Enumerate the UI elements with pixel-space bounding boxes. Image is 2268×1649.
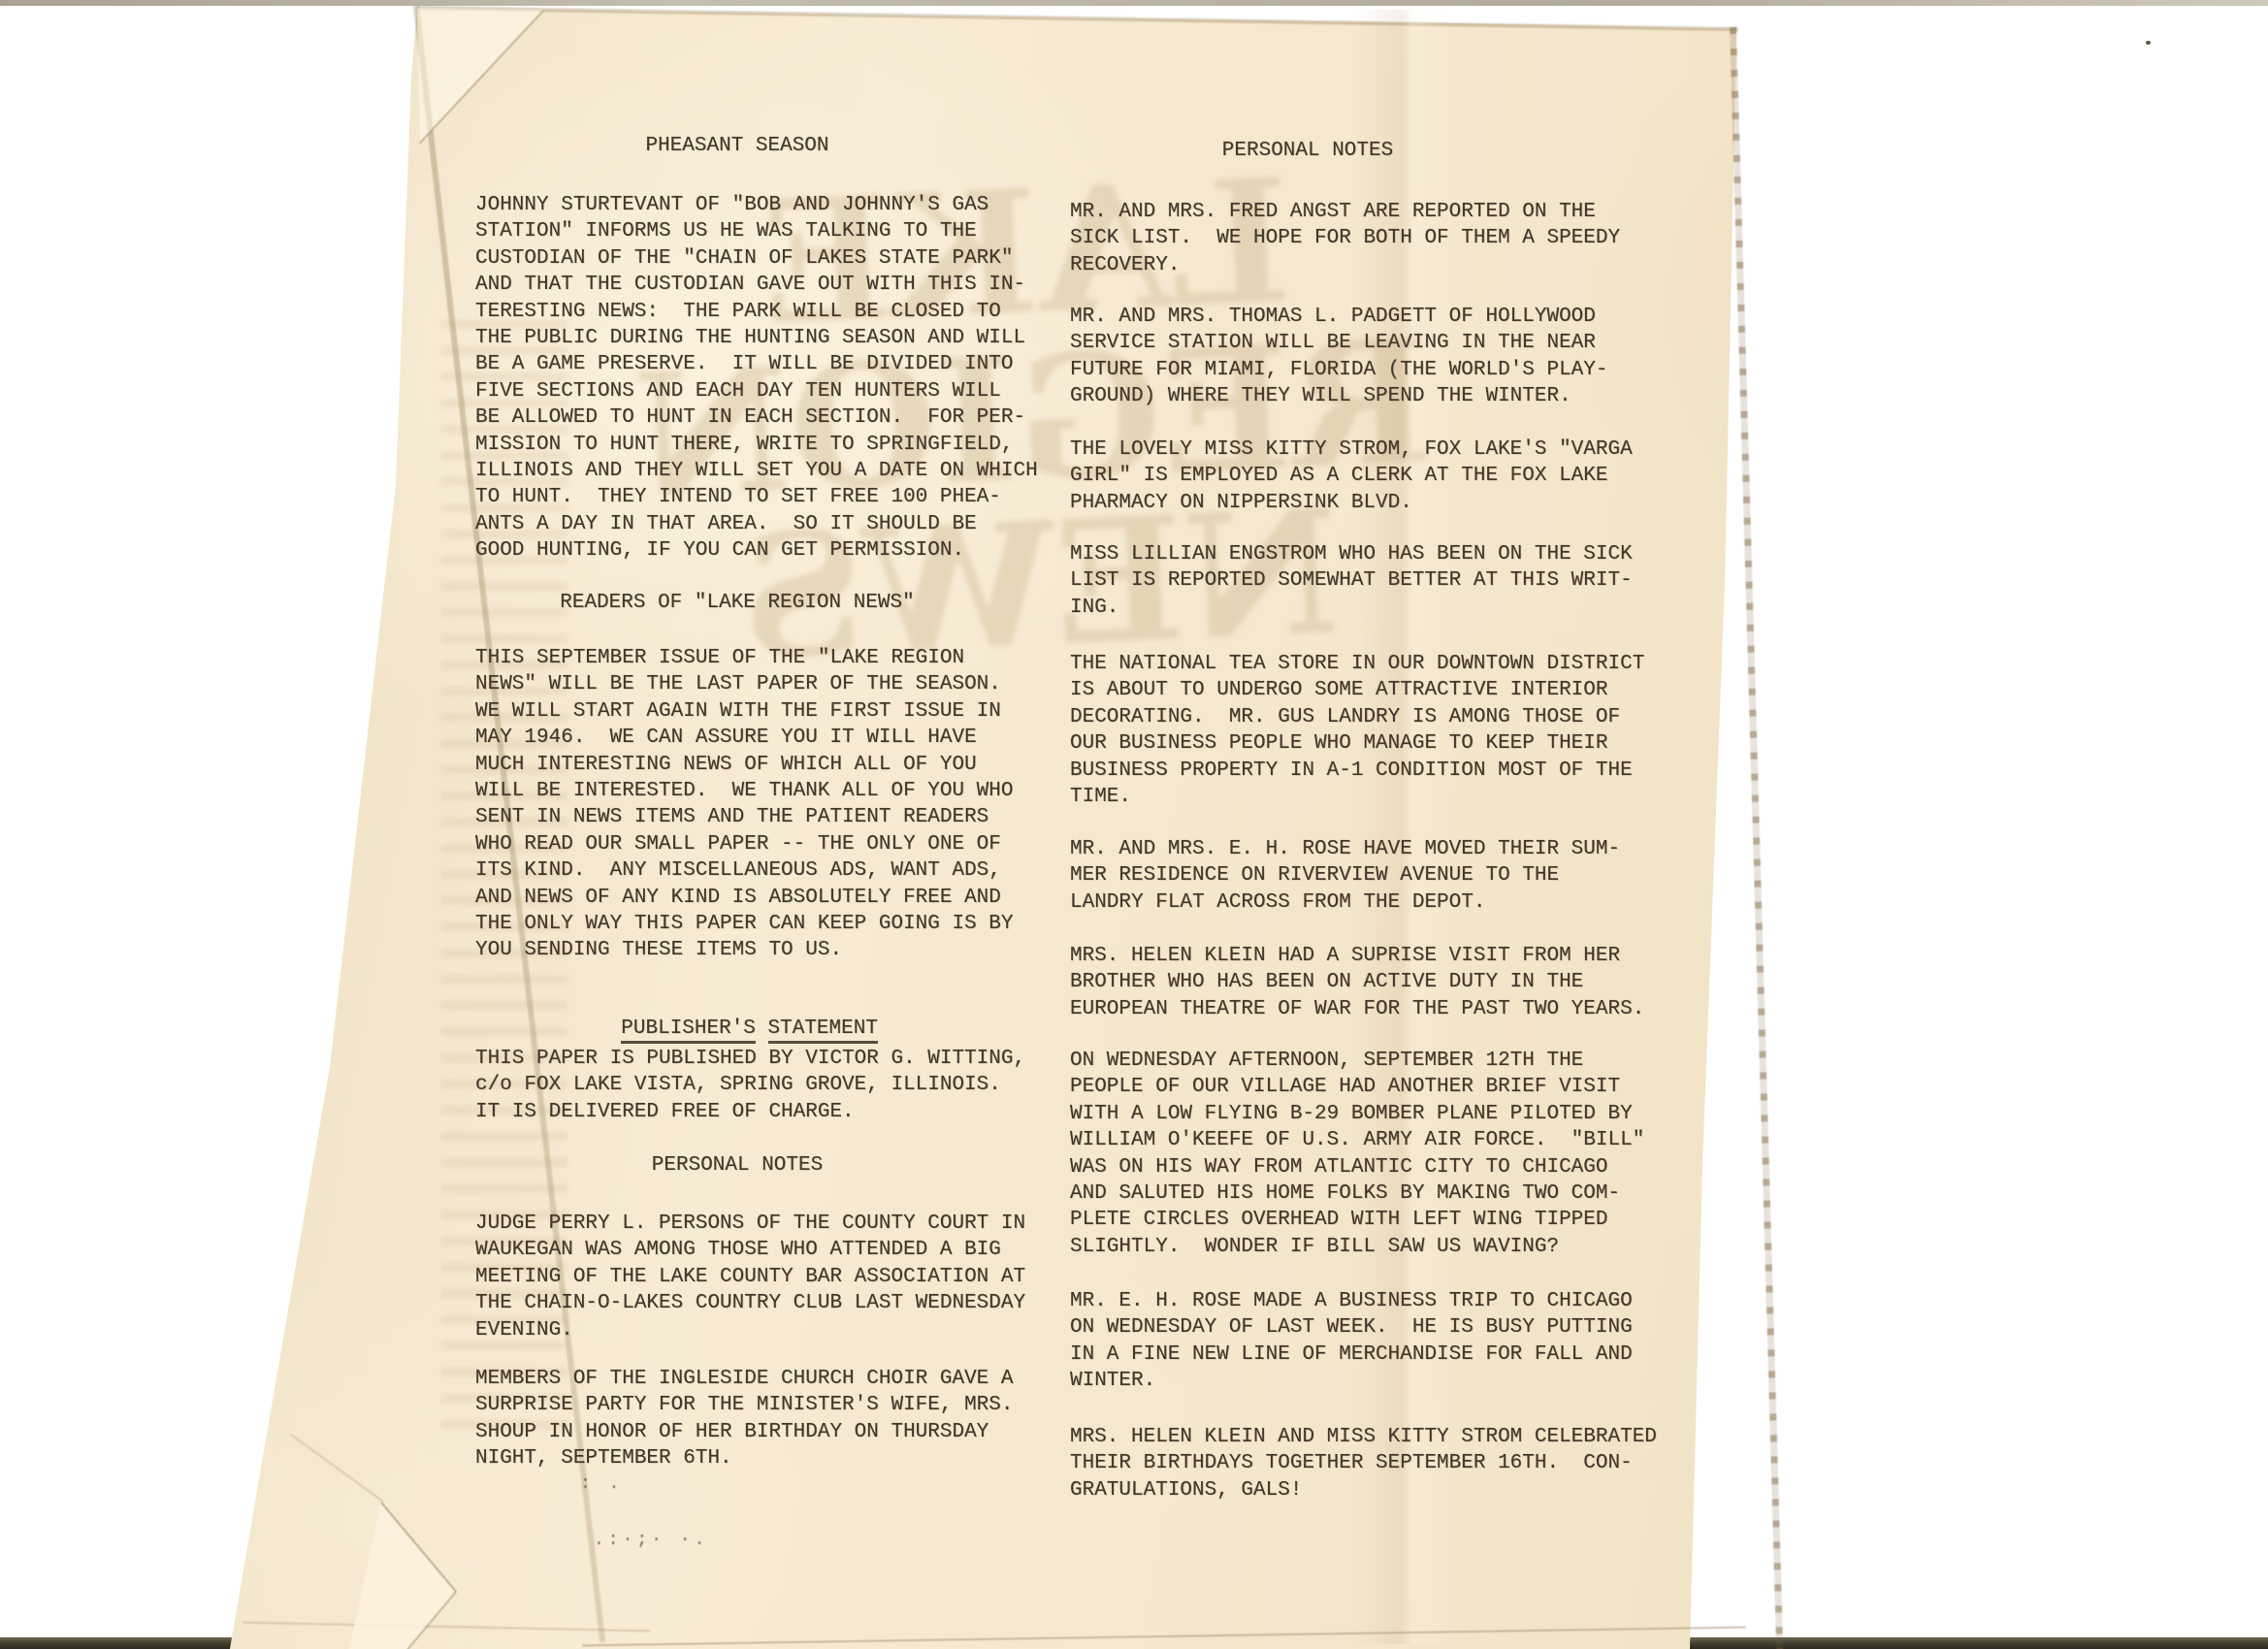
section-heading-personal-notes-left: PERSONAL NOTES	[427, 1152, 1048, 1179]
pencil-smudge: : .	[580, 1474, 623, 1494]
article-paragraph-judge-persons: JUDGE PERRY L. PERSONS OF THE COUNTY COU…	[475, 1211, 1096, 1343]
underlined-word: STATEMENT	[768, 1018, 878, 1044]
scanned-newsletter-page: { "scan": { "background_color": "#ffffff…	[0, 0, 2268, 1649]
article-paragraph-pheasant-season: JOHNNY STURTEVANT OF "BOB AND JOHNNY'S G…	[475, 192, 1096, 565]
article-paragraph-church-choir: MEMBERS OF THE INGLESIDE CHURCH CHOIR GA…	[475, 1366, 1096, 1472]
article-paragraph-helen-klein-brother: MRS. HELEN KLEIN HAD A SUPRISE VISIT FRO…	[1070, 943, 1710, 1022]
article-paragraph-rose-business-trip: MR. E. H. ROSE MADE A BUSINESS TRIP TO C…	[1070, 1288, 1710, 1395]
section-heading-pheasant-season: PHEASANT SEASON	[427, 133, 1048, 159]
article-paragraph-rose-residence: MR. AND MRS. E. H. ROSE HAVE MOVED THEIR…	[1070, 836, 1710, 916]
article-paragraph-readers: THIS SEPTEMBER ISSUE OF THE "LAKE REGION…	[475, 645, 1096, 964]
article-paragraph-publishers-statement: THIS PAPER IS PUBLISHED BY VICTOR G. WIT…	[475, 1046, 1096, 1125]
article-paragraph-fred-angst: MR. AND MRS. FRED ANGST ARE REPORTED ON …	[1070, 199, 1710, 278]
scan-speck	[2146, 41, 2151, 45]
article-paragraph-kitty-strom: THE LOVELY MISS KITTY STROM, FOX LAKE'S …	[1070, 436, 1710, 516]
article-paragraph-b29-flyover: ON WEDNESDAY AFTERNOON, SEPTEMBER 12TH T…	[1070, 1048, 1710, 1260]
pencil-smudge: .:·;· ·.	[594, 1531, 708, 1550]
article-paragraph-birthdays: MRS. HELEN KLEIN AND MISS KITTY STROM CE…	[1070, 1424, 1710, 1503]
section-heading-publishers-statement: PUBLISHER'S STATEMENT	[427, 989, 1048, 1043]
scanner-top-strip	[0, 0, 2268, 6]
section-heading-personal-notes-right: PERSONAL NOTES	[988, 138, 1628, 164]
section-heading-readers: READERS OF "LAKE REGION NEWS"	[427, 590, 1048, 616]
article-paragraph-lillian-engstrom: MISS LILLIAN ENGSTROM WHO HAS BEEN ON TH…	[1070, 541, 1710, 621]
article-paragraph-national-tea-store: THE NATIONAL TEA STORE IN OUR DOWNTOWN D…	[1070, 651, 1710, 810]
underlined-word: PUBLISHER'S	[621, 1018, 756, 1044]
article-paragraph-padgett: MR. AND MRS. THOMAS L. PADGETT OF HOLLYW…	[1070, 304, 1710, 410]
paper-right-edge	[1730, 27, 1783, 1649]
